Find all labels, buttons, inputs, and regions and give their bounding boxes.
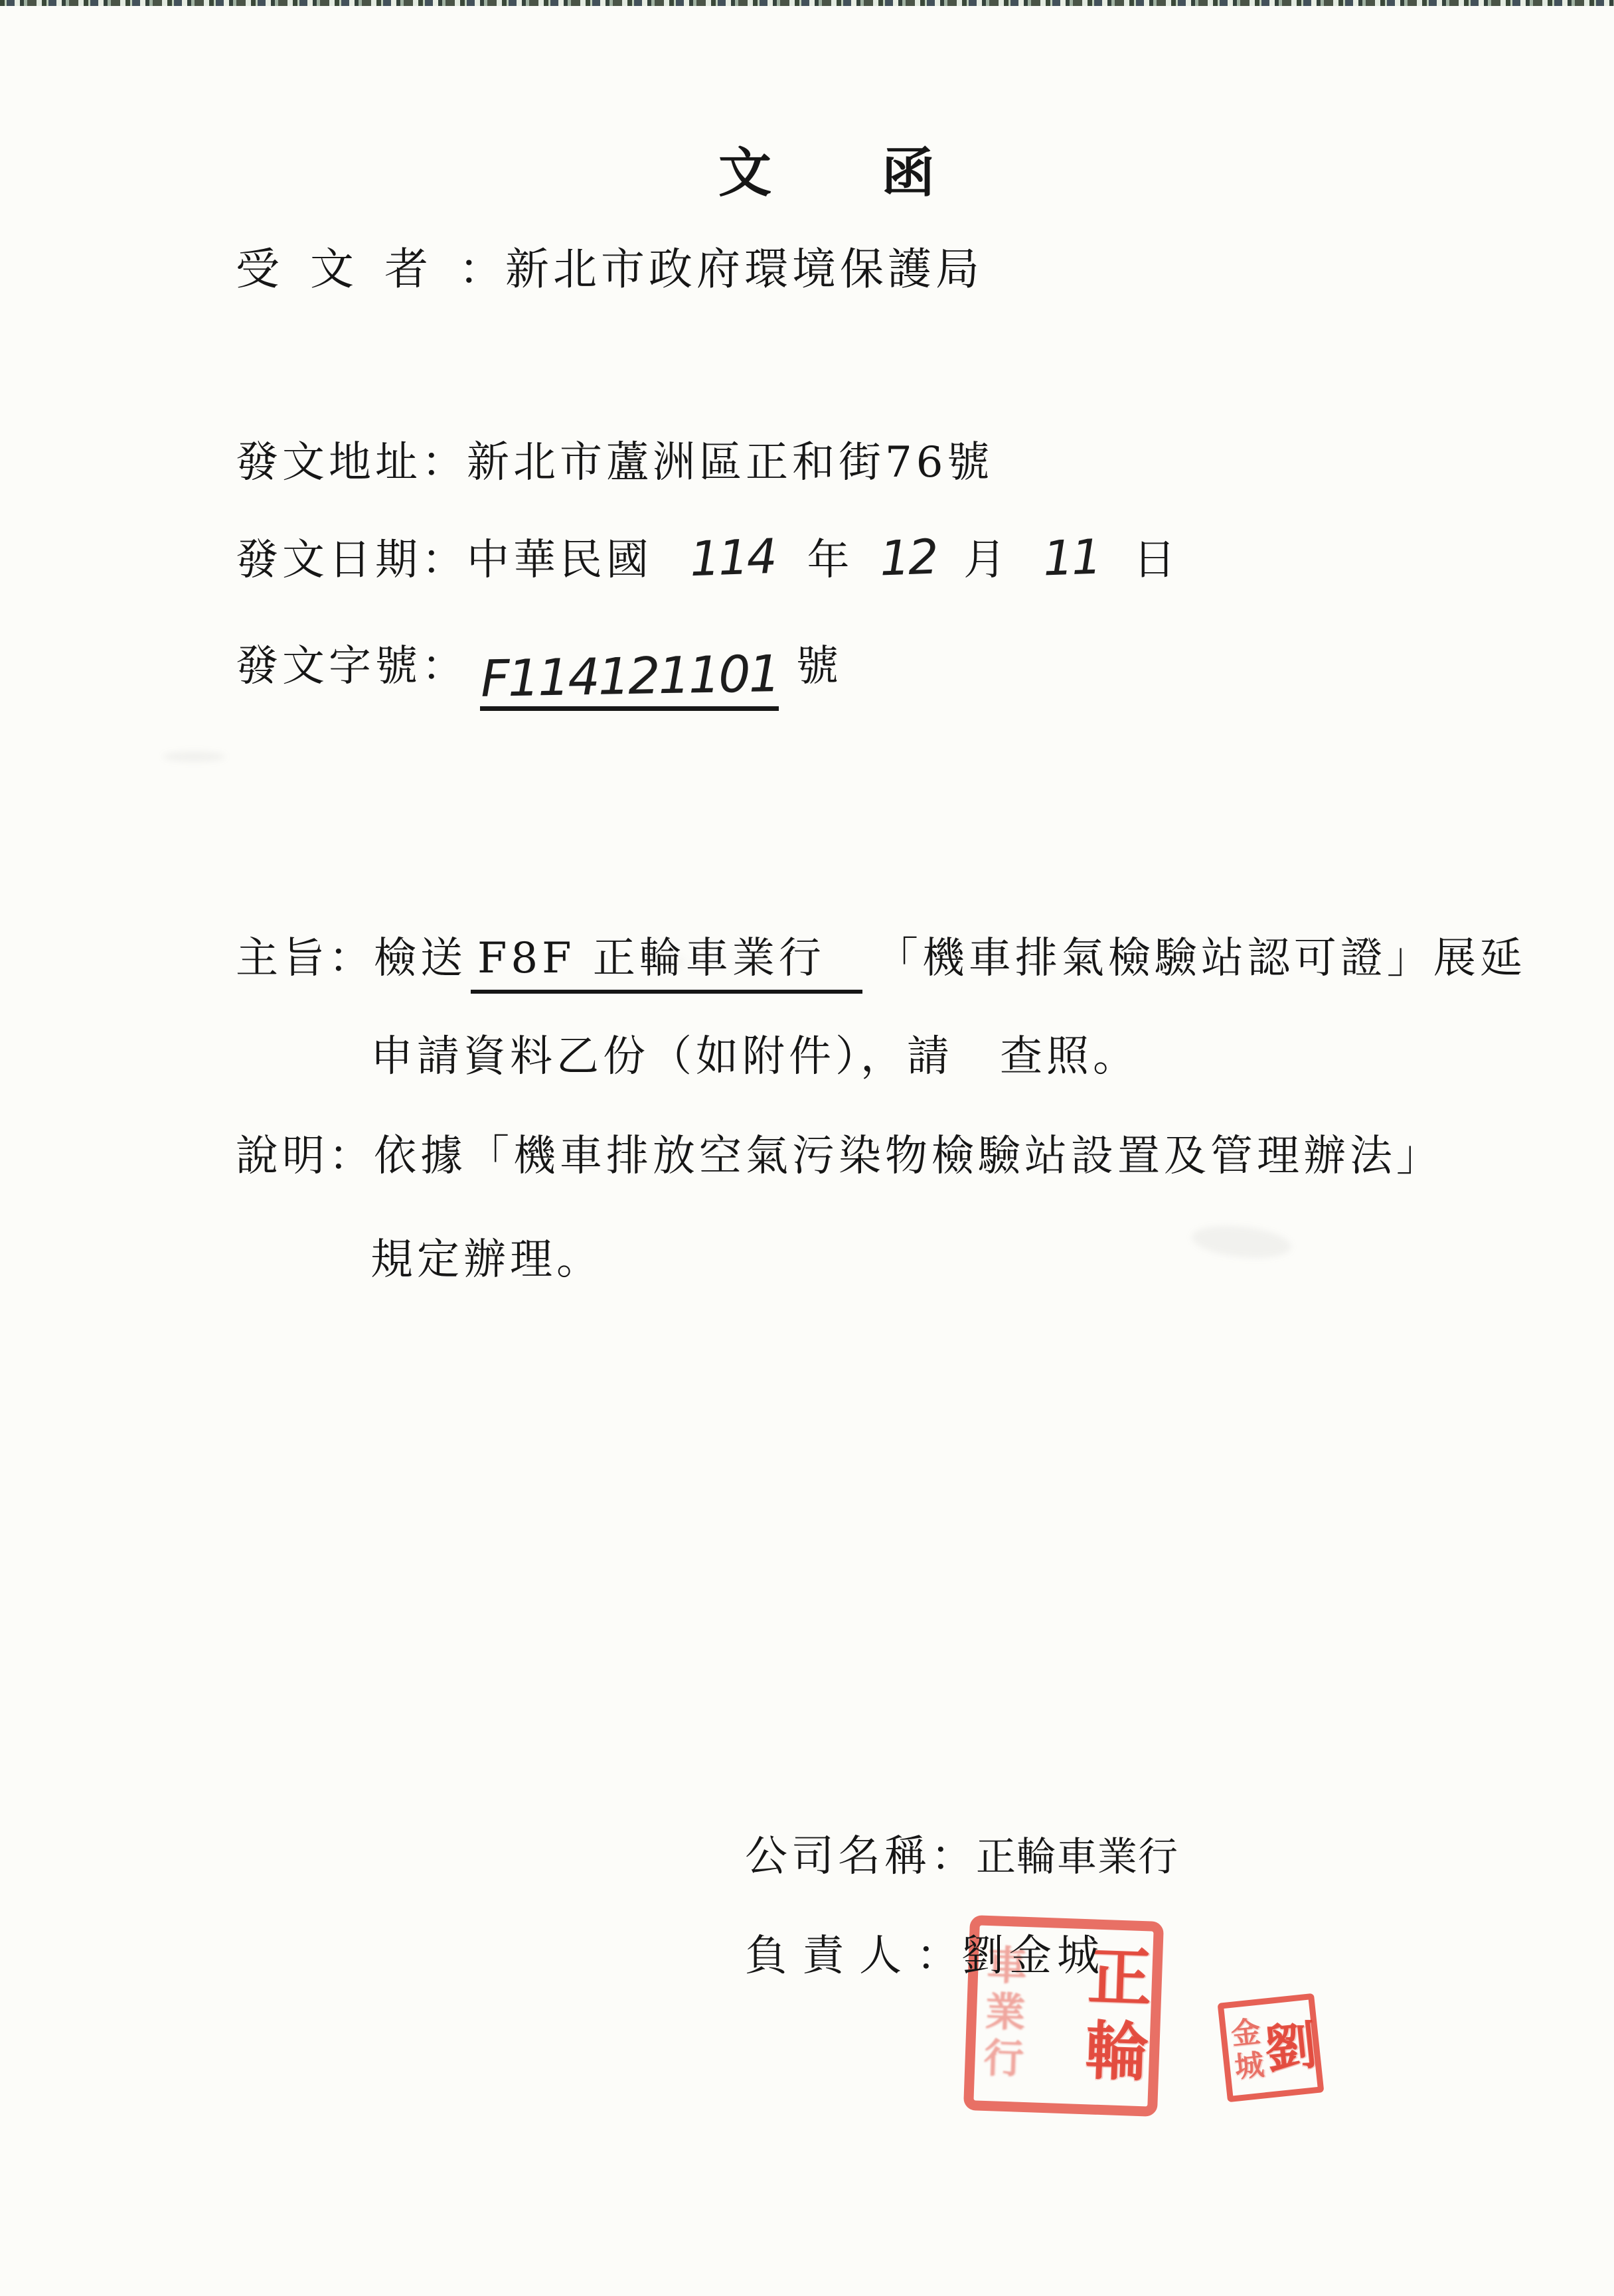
personal-seal-stamp: 劉 金城 [1218,1993,1325,2102]
subject-underlined-station-name: F8F 正輪車業行 [471,934,862,994]
handwritten-year: 114 [689,528,776,587]
scanned-letter-page: 文 函 受文者：新北市政府環境保護局 發文地址：新北市蘆洲區正和街76號 發文日… [0,0,1614,2296]
handwritten-docnum: F114121101 [480,644,779,708]
subject-line-2: 申請資料乙份（如附件），請 查照。 [370,1022,1139,1083]
colon: ： [329,934,371,983]
title-char-right: 函 [882,141,935,204]
personal-seal-left-column: 金城 [1226,2016,1262,2085]
handwritten-month: 12 [879,529,938,587]
colon: ： [459,244,503,295]
colon: ： [916,1932,959,1981]
date-era: 中華民國 [467,536,653,585]
personal-seal-right-column: 劉 [1257,2018,1315,2075]
title-char-left: 文 [718,141,771,204]
docnum-label: 發文字號 [236,642,422,691]
explanation-label: 說明 [236,1132,329,1181]
company-value: 正輪車業行 [976,1834,1178,1880]
document-title: 文 函 [718,130,935,206]
explanation-text: 依據「機車排放空氣污染物檢驗站設置及管理辦法」 [374,1132,1443,1181]
scan-smudge [1190,1221,1293,1262]
subject-label: 主旨 [236,934,329,983]
subject-line-1: 主旨：檢送F8F 正輪車業行「機車排氣檢驗站認可證」展延 [236,924,1526,985]
scan-smudge [163,751,226,762]
owner-value: 劉金城 [961,1932,1105,1981]
document-number-line: 發文字號：F114121101號 [236,632,843,711]
date-label: 發文日期 [236,536,422,585]
colon: ： [931,1832,973,1881]
recipient-value: 新北市政府環境保護局 [505,244,983,295]
explanation-line-2: 規定辦理。 [370,1225,603,1286]
scanner-noise-strip [0,0,1614,6]
company-label: 公司名稱 [745,1832,931,1881]
month-unit: 月 [963,536,1010,585]
sender-address-line: 發文地址：新北市蘆洲區正和街76號 [236,428,993,489]
address-label: 發文地址 [236,438,422,487]
owner-label: 負責人 [745,1932,916,1981]
subject-post: 「機車排氣檢驗站認可證」展延 [876,934,1526,983]
issue-date-line: 發文日期：中華民國114年12月11日 [236,526,1180,587]
responsible-person-line: 負責人：劉金城 [745,1922,1105,1983]
subject-pre: 檢送 [374,934,467,983]
colon: ： [329,1132,371,1181]
explanation-line-1: 說明：依據「機車排放空氣污染物檢驗站設置及管理辦法」 [236,1122,1443,1183]
handwritten-day: 11 [1042,529,1101,587]
recipient-line: 受文者：新北市政府環境保護局 [236,234,983,297]
day-unit: 日 [1133,536,1180,585]
address-value: 新北市蘆洲區正和街76號 [467,438,993,487]
docnum-underline-field: F114121101 [480,651,779,711]
colon: ： [422,438,464,487]
year-unit: 年 [807,536,853,585]
colon: ： [422,536,464,585]
recipient-label: 受文者 [236,244,459,295]
docnum-suffix: 號 [796,642,843,691]
company-name-line: 公司名稱：正輪車業行 [745,1822,1178,1883]
colon: ： [422,642,464,691]
